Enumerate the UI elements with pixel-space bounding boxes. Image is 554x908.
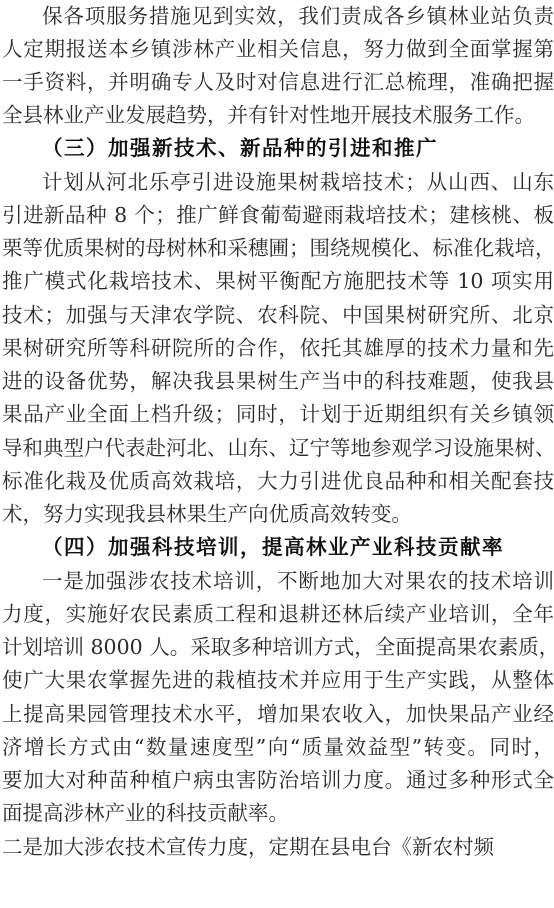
section-heading-3: （三）加强新技术、新品种的引进和推广 — [42, 132, 554, 165]
paragraph-line: 面提高涉林产业的科技贡献率。 — [2, 797, 554, 830]
paragraph-line: 保各项服务措施见到实效，我们责成各乡镇林业站负责 — [42, 0, 554, 33]
paragraph-line: 果树研究所等科研院所的合作，依托其雄厚的技术力量和先 — [2, 332, 554, 365]
paragraph-line: 技术；加强与天津农学院、农科院、中国果树研究所、北京 — [2, 299, 554, 332]
paragraph-line: 计划从河北乐亭引进设施果树栽培技术；从山西、山东 — [42, 166, 554, 199]
section-heading-4: （四）加强科技培训，提高林业产业科技贡献率 — [42, 531, 554, 564]
paragraph-line: 使广大果农掌握先进的栽植技术并应用于生产实践，从整体 — [2, 664, 554, 697]
paragraph-line: 术，努力实现我县林果生产向优质高效转变。 — [2, 498, 554, 531]
paragraph-line: 一是加强涉农技术培训，不断地加大对果农的技术培训 — [42, 565, 554, 598]
paragraph-line: 济增长方式由“数量速度型”向“质量效益型”转变。同时， — [2, 731, 554, 764]
paragraph-line: 二是加大涉农技术宣传力度，定期在县电台《新农村频 — [2, 831, 554, 864]
paragraph-line: 一手资料，并明确专人及时对信息进行汇总梳理，准确把握 — [2, 66, 554, 99]
paragraph-line: 进的设备优势，解决我县果树生产当中的科技难题，使我县 — [2, 365, 554, 398]
paragraph-line: 计划培训 8000 人。采取多种培训方式，全面提高果农素质， — [2, 631, 554, 664]
paragraph-line: 全县林业产业发展趋势，并有针对性地开展技术服务工作。 — [2, 99, 554, 132]
paragraph-line: 要加大对种苗种植户病虫害防治培训力度。通过多种形式全 — [2, 764, 554, 797]
paragraph-line: 引进新品种 8 个；推广鲜食葡萄避雨栽培技术；建核桃、板 — [2, 199, 554, 232]
paragraph-line: 推广模式化栽培技术、果树平衡配方施肥技术等 10 项实用 — [2, 265, 554, 298]
paragraph-line: 栗等优质果树的母树林和采穗圃；围绕规模化、标准化栽培， — [2, 232, 554, 265]
document-page: 保各项服务措施见到实效，我们责成各乡镇林业站负责 人定期报送本乡镇涉林产业相关信… — [0, 0, 554, 908]
paragraph-line: 力度，实施好农民素质工程和退耕还林后续产业培训，全年 — [2, 598, 554, 631]
paragraph-line: 上提高果园管理技术水平，增加果农收入，加快果品产业经 — [2, 698, 554, 731]
paragraph-line: 导和典型户代表赴河北、山东、辽宁等地参观学习设施果树、 — [2, 432, 554, 465]
paragraph-line: 果品产业全面上档升级；同时，计划于近期组织有关乡镇领 — [2, 398, 554, 431]
paragraph-line: 人定期报送本乡镇涉林产业相关信息，努力做到全面掌握第 — [2, 33, 554, 66]
paragraph-line: 标准化栽及优质高效栽培，大力引进优良品种和相关配套技 — [2, 465, 554, 498]
